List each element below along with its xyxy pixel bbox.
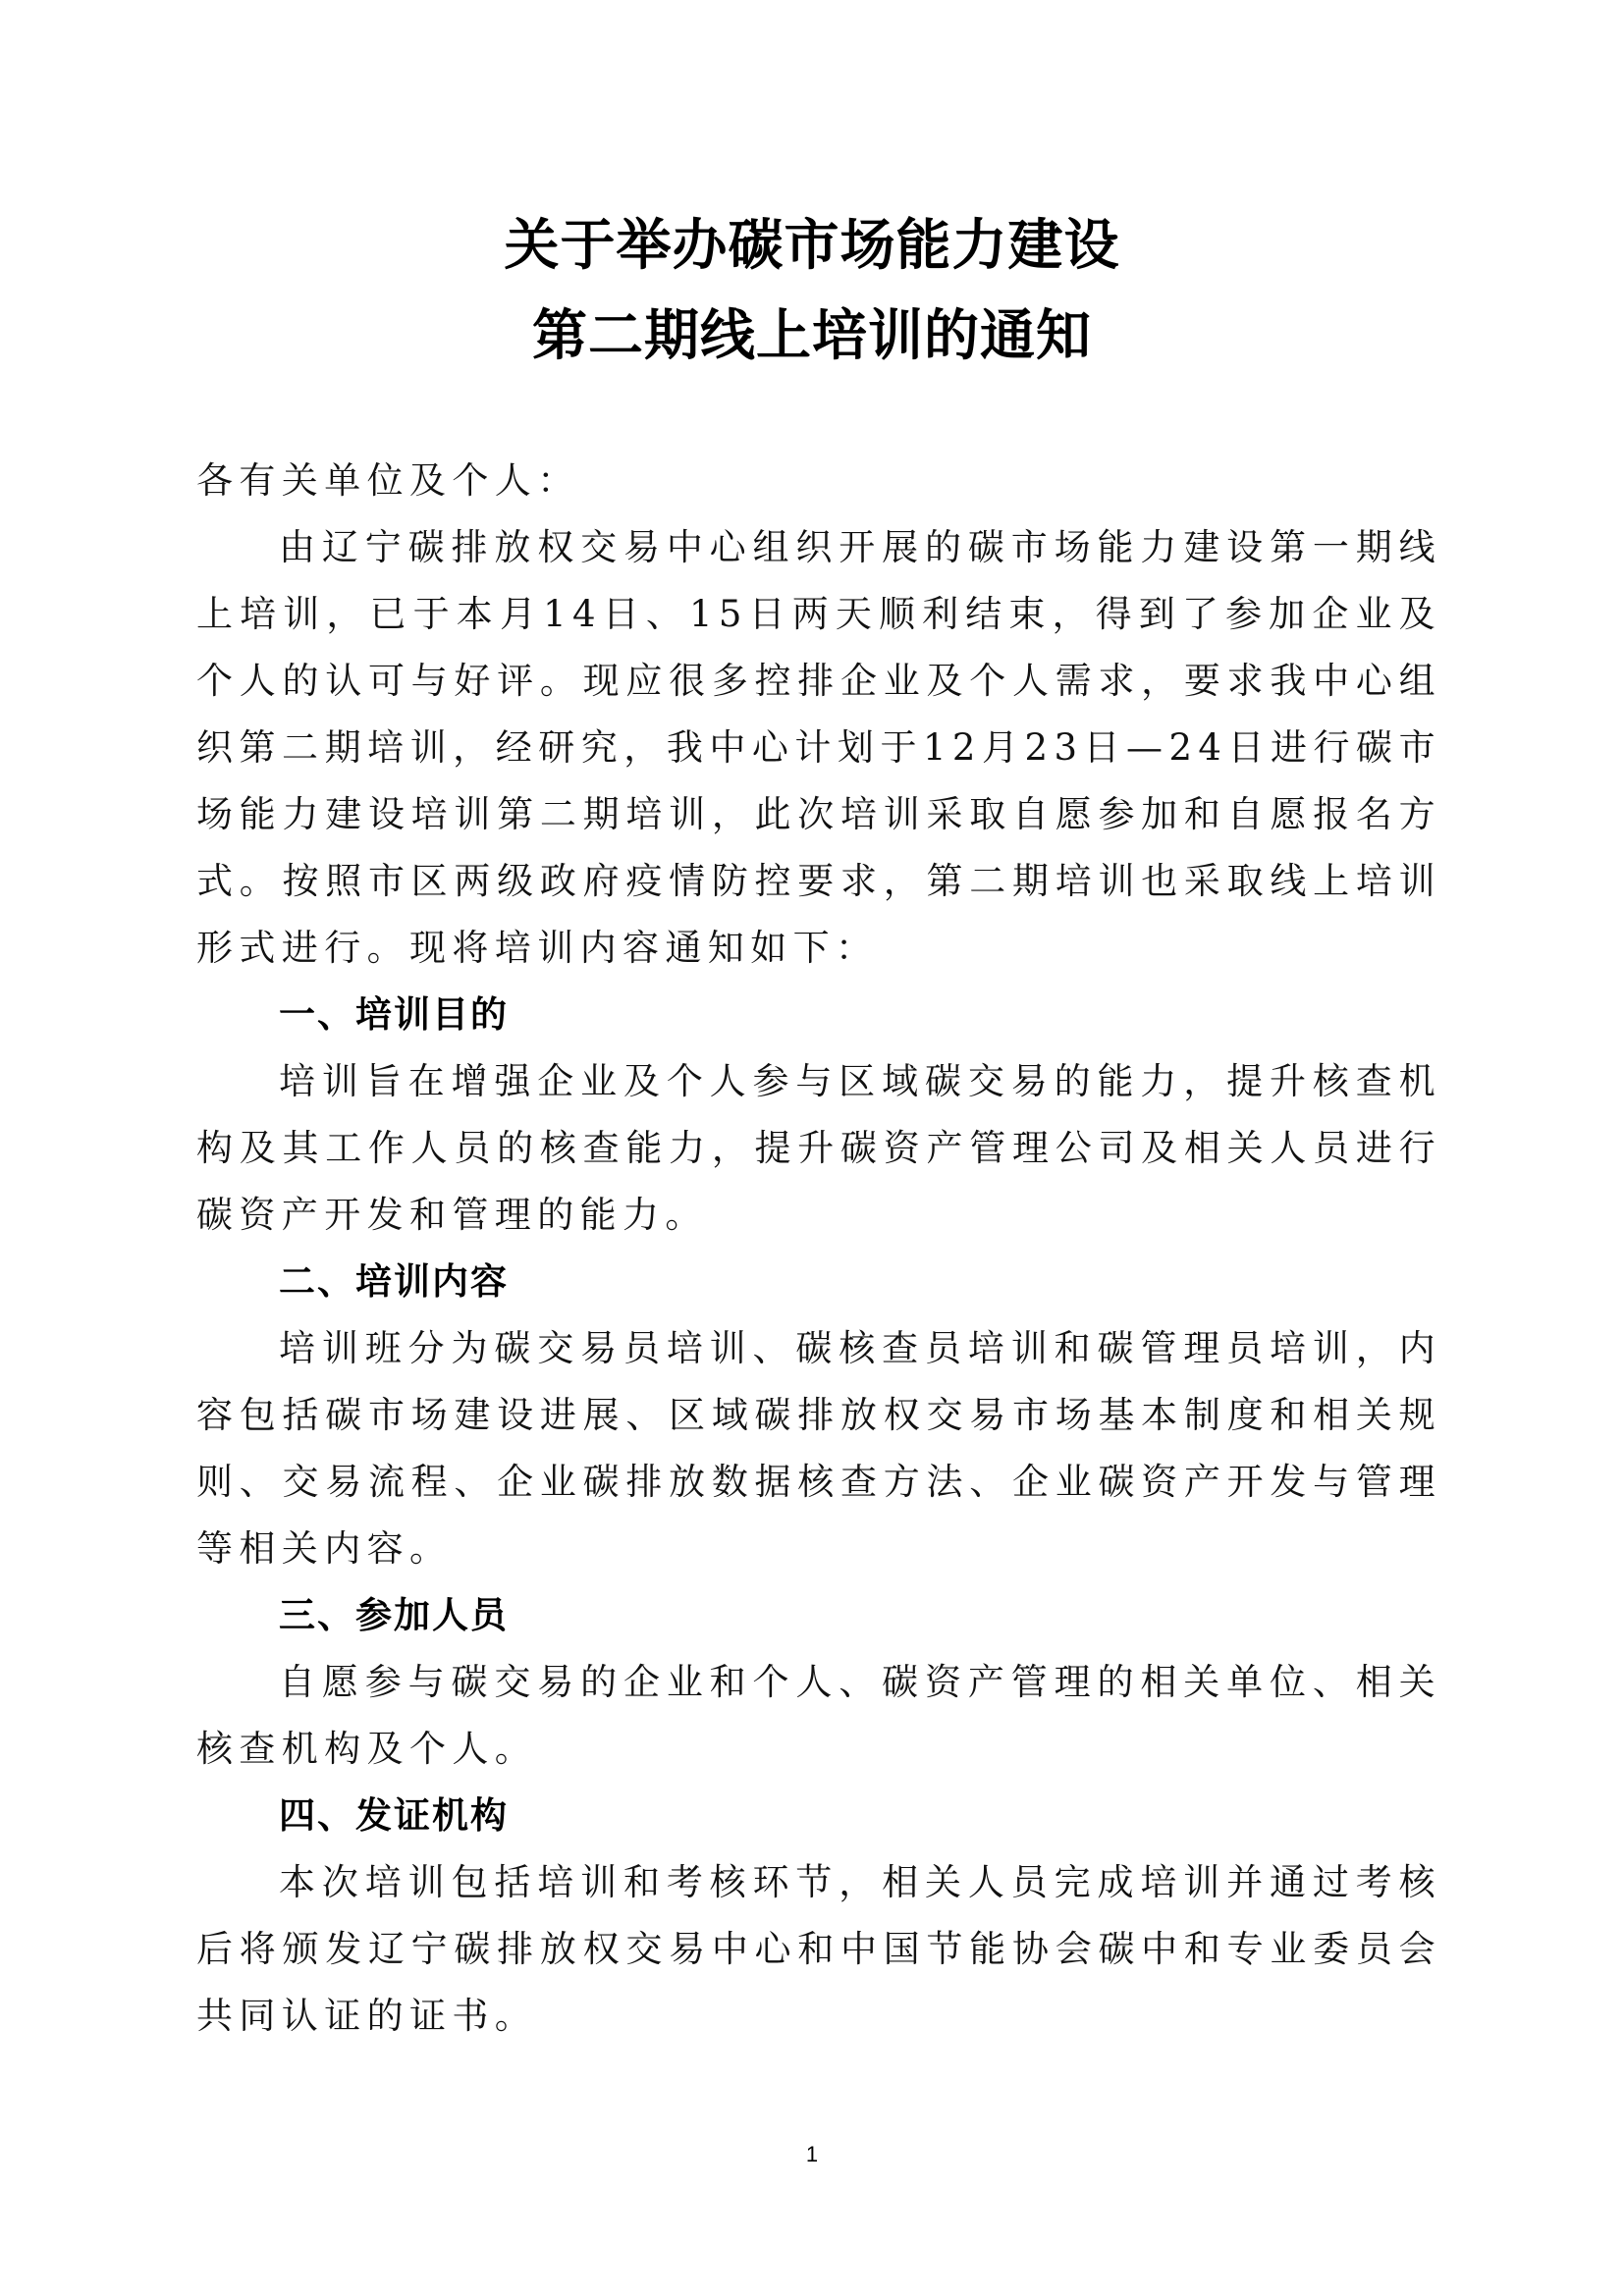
section-heading-certification: 四、发证机构 <box>196 1783 1441 1849</box>
title-line-2: 第二期线上培训的通知 <box>0 292 1624 382</box>
document-title: 关于举办碳市场能力建设 第二期线上培训的通知 <box>0 201 1624 382</box>
section-heading-purpose: 一、培训目的 <box>196 982 1441 1048</box>
section-text-certification: 本次培训包括培训和考核环节，相关人员完成培训并通过考核后将颁发辽宁碳排放权交易中… <box>196 1849 1441 2050</box>
document-page: 关于举办碳市场能力建设 第二期线上培训的通知 各有关单位及个人： 由辽宁碳排放权… <box>0 0 1624 2296</box>
page-number: 1 <box>0 2142 1624 2167</box>
section-heading-participants: 三、参加人员 <box>196 1582 1441 1649</box>
section-text-participants: 自愿参与碳交易的企业和个人、碳资产管理的相关单位、相关核查机构及个人。 <box>196 1649 1441 1783</box>
section-text-purpose: 培训旨在增强企业及个人参与区域碳交易的能力，提升核查机构及其工作人员的核查能力，… <box>196 1048 1441 1249</box>
title-line-1: 关于举办碳市场能力建设 <box>0 201 1624 292</box>
section-text-content: 培训班分为碳交易员培训、碳核查员培训和碳管理员培训，内容包括碳市场建设进展、区域… <box>196 1315 1441 1582</box>
intro-paragraph: 由辽宁碳排放权交易中心组织开展的碳市场能力建设第一期线上培训，已于本月14日、1… <box>196 514 1441 982</box>
document-body: 各有关单位及个人： 由辽宁碳排放权交易中心组织开展的碳市场能力建设第一期线上培训… <box>196 448 1441 2050</box>
salutation: 各有关单位及个人： <box>196 448 1441 514</box>
section-heading-content: 二、培训内容 <box>196 1249 1441 1315</box>
